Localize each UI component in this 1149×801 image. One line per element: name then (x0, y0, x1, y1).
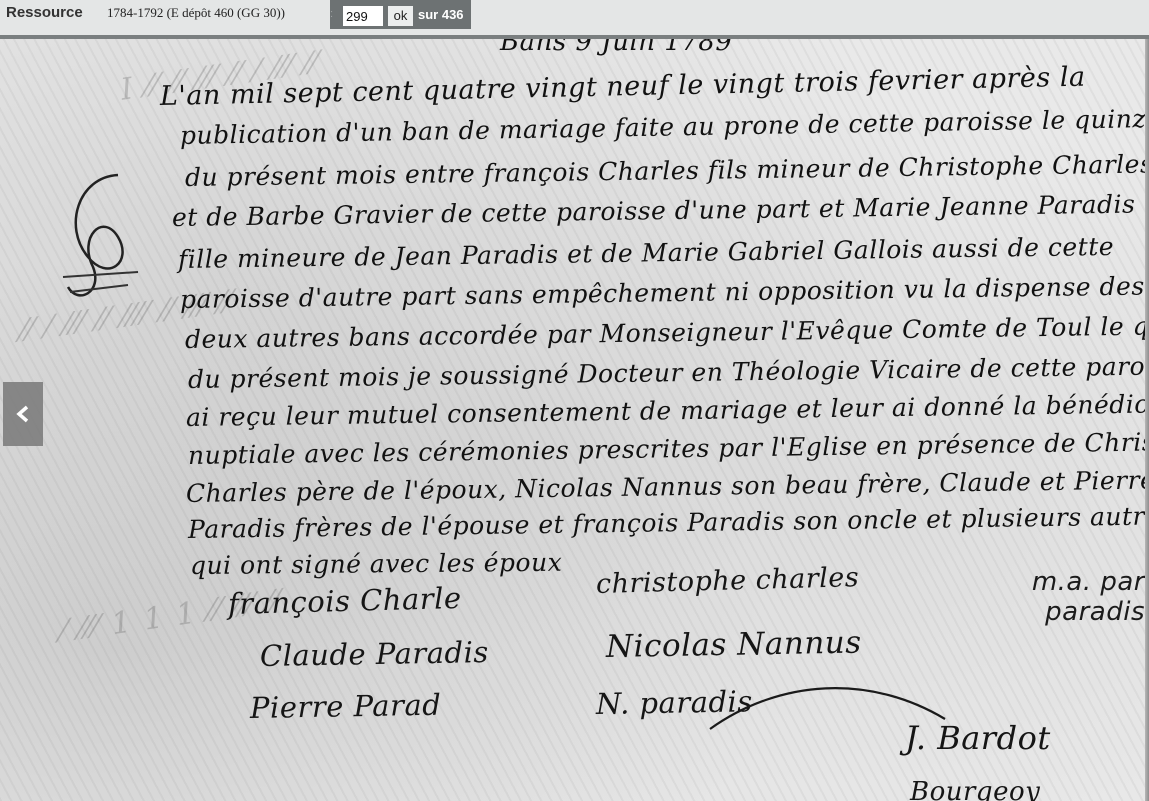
signature: m.a. par paradis (955, 567, 1145, 627)
margin-scribble (58, 167, 148, 307)
resource-title: 1784-1792 (E dépôt 460 (GG 30)) (107, 5, 285, 21)
page-number-input[interactable] (343, 6, 383, 26)
top-bar: Ressource 1784-1792 (E dépôt 460 (GG 30)… (0, 0, 1149, 35)
document-viewer[interactable]: Ⅰ ⁄⁄ ⁄⁄ ⁄⁄⁄ ⁄⁄ ⁄ ⁄⁄⁄ ⁄⁄ ⁄⁄ ⁄ ⁄⁄⁄ ⁄⁄ ⁄⁄⁄⁄… (0, 39, 1149, 801)
pager-separator: : (330, 7, 334, 21)
signature: françois Charle (228, 581, 462, 621)
manuscript-line: nuptiale avec les cérémonies prescrites … (188, 426, 1149, 470)
manuscript-line: et de Barbe Gravier de cette paroisse d'… (172, 190, 1136, 232)
scan-edge (1145, 39, 1149, 801)
total-pages-label: sur 436 (418, 7, 464, 22)
chevron-left-icon (16, 405, 30, 423)
signature: Claude Paradis (260, 635, 489, 673)
manuscript-line: fille mineure de Jean Paradis et de Mari… (178, 232, 1114, 274)
previous-page-button[interactable] (3, 382, 43, 446)
signature: Pierre Parad (250, 688, 442, 725)
brand-label: Ressource (6, 4, 83, 21)
cropped-heading: Bans 9 Juin 1789 (500, 39, 732, 57)
manuscript-line: qui ont signé avec les époux (190, 548, 563, 580)
manuscript-line: du présent mois je soussigné Docteur en … (188, 351, 1149, 394)
go-to-page-button[interactable]: ok (388, 6, 413, 26)
signature-flourish (700, 659, 950, 739)
signature: Bourgeoy (910, 777, 1040, 801)
manuscript-line: L'an mil sept cent quatre vingt neuf le … (160, 62, 1086, 112)
manuscript-line: deux autres bans accordée par Monseigneu… (185, 310, 1149, 354)
manuscript-line: Paradis frères de l'épouse et françois P… (188, 501, 1149, 544)
scanned-page-image[interactable]: Ⅰ ⁄⁄ ⁄⁄ ⁄⁄⁄ ⁄⁄ ⁄ ⁄⁄⁄ ⁄⁄ ⁄⁄ ⁄ ⁄⁄⁄ ⁄⁄ ⁄⁄⁄⁄… (0, 39, 1146, 801)
manuscript-line: Charles père de l'époux, Nicolas Nannus … (186, 465, 1149, 508)
manuscript-line: publication d'un ban de mariage faite au… (180, 104, 1149, 150)
manuscript-line: paroisse d'autre part sans empêchement n… (180, 272, 1145, 314)
manuscript-line: ai reçu leur mutuel consentement de mari… (186, 389, 1149, 432)
manuscript-line: du présent mois entre françois Charles f… (185, 149, 1149, 192)
signature: christophe charles (596, 562, 860, 600)
page-navigator: : ok sur 436 (330, 0, 471, 29)
